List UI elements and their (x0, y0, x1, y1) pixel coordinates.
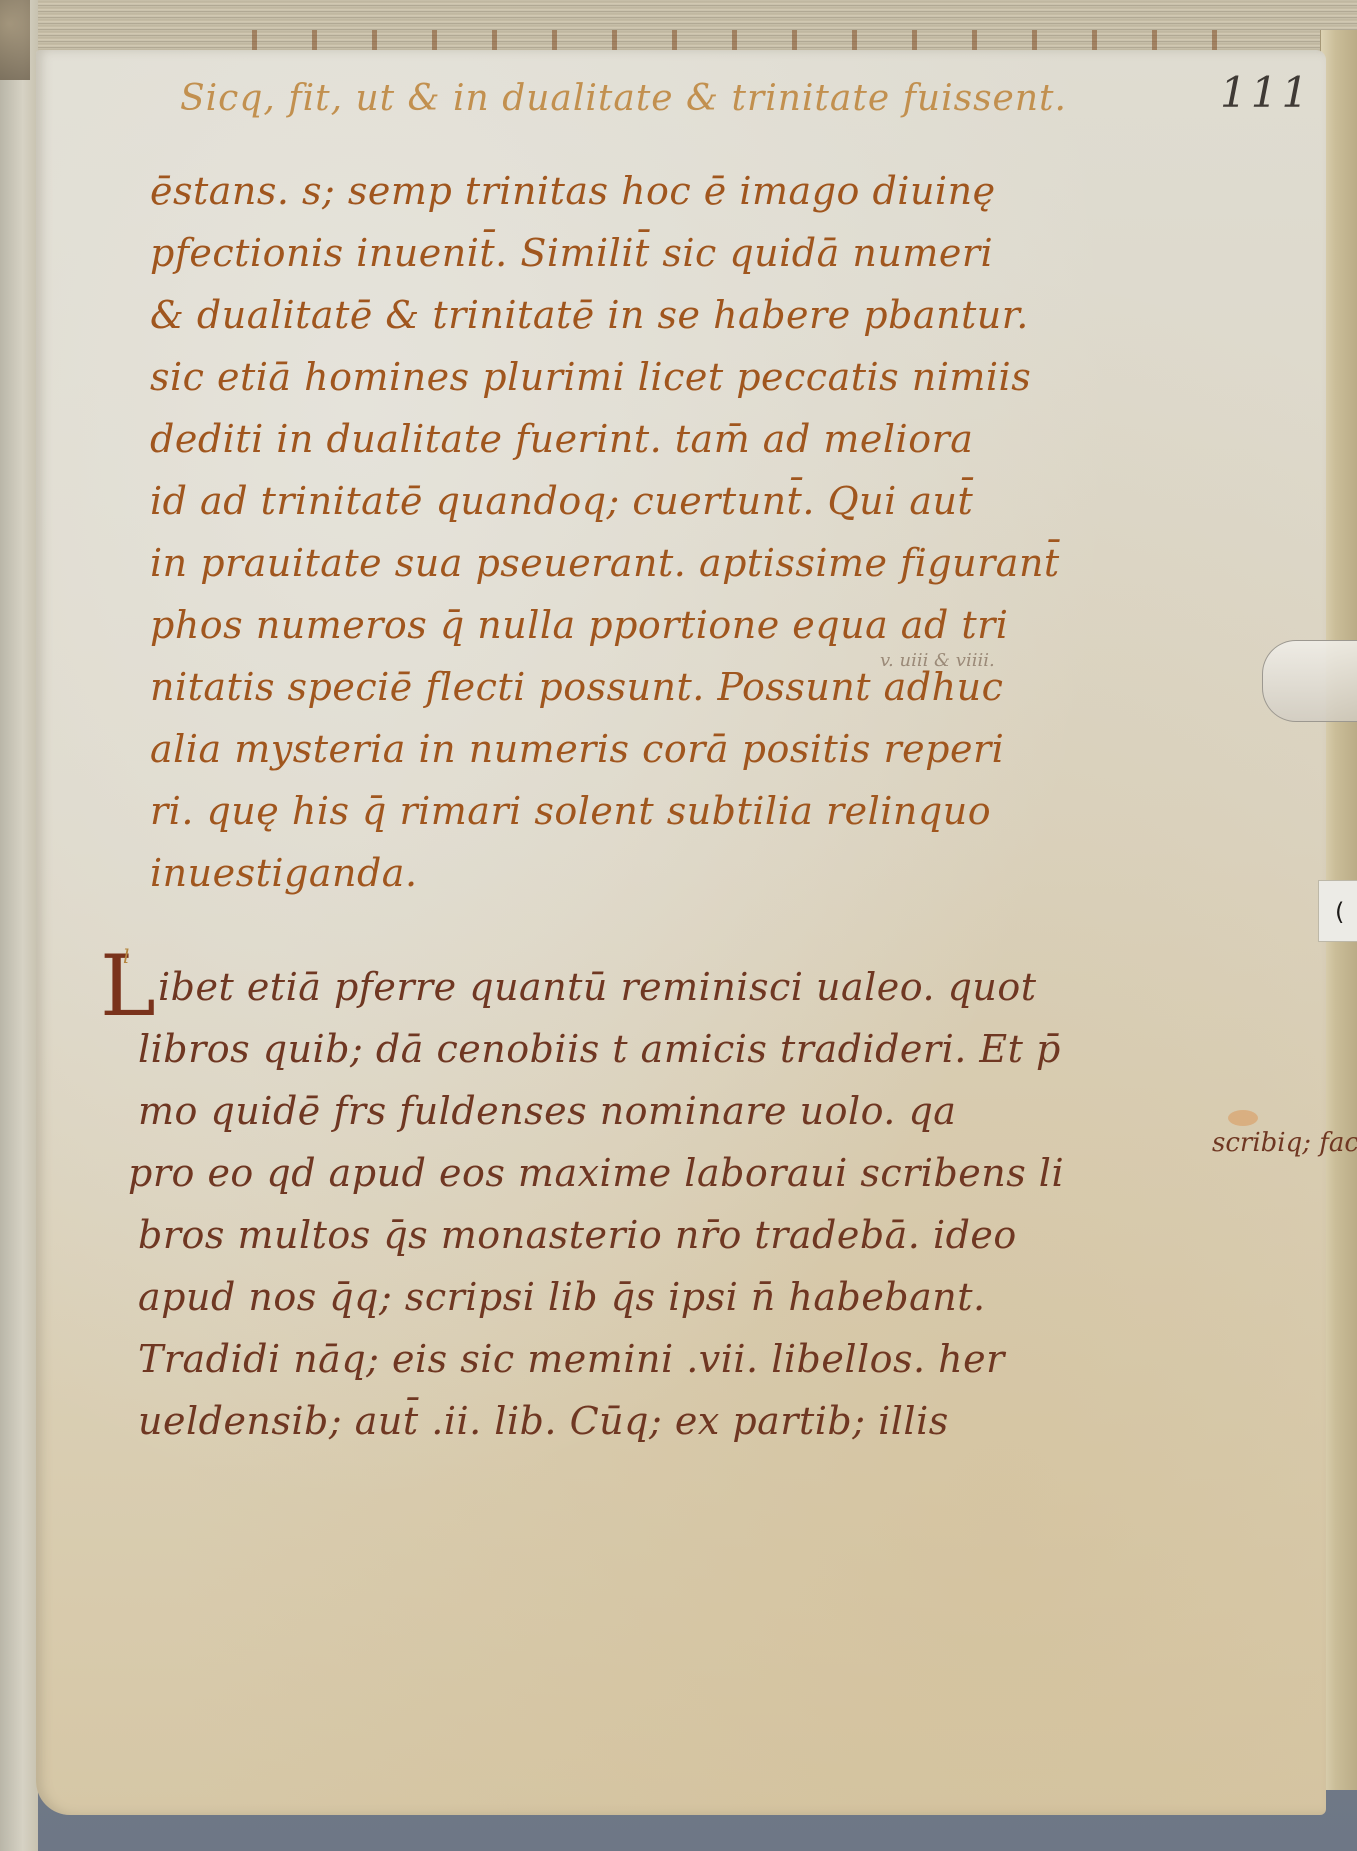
text-line: mo quidē frs fuldenses nominare uolo. qa (110, 1080, 1190, 1142)
text-line: Tradidi nāq; eis sic memini .vii. libell… (110, 1328, 1190, 1390)
text-line: ueldensib; aut̄ .ii. lib. Cūq; ex partib… (110, 1390, 1190, 1452)
text-line: nitatis speciē flecti possunt. Possunt a… (150, 656, 1190, 718)
shelf-label-mark: ( (1335, 898, 1344, 926)
running-header: Sicq, fit, ut & in dualitate & trinitate… (180, 78, 1067, 119)
text-line: in prauitate sua pseuerant. aptissime fi… (150, 532, 1190, 594)
margin-note: scribiq; faci (1212, 1128, 1357, 1158)
left-gutter-binding (0, 0, 38, 1851)
text-line: phos numeros q̄ nulla pportione equa ad … (150, 594, 1190, 656)
text-line: apud nos q̄q; scripsi lib q̄s ipsi n̄ ha… (110, 1266, 1190, 1328)
text-line: sic etiā homines plurimi licet peccatis … (150, 346, 1190, 408)
text-section-1: ēstans. s; semp trinitas hoc ē imago diu… (150, 160, 1190, 904)
text-line: bros multos q̄s monasterio nr̄o tradebā.… (110, 1204, 1190, 1266)
text-line: pfectionis inuenit̄. Similit̄ sic quidā … (150, 222, 1190, 284)
binding-thread-icon (0, 0, 30, 80)
text-line: ēstans. s; semp trinitas hoc ē imago diu… (150, 160, 1190, 222)
text-line: pro eo qd apud eos maxime laboraui scrib… (110, 1142, 1190, 1204)
text-line: libros quib; dā cenobiis t amicis tradid… (110, 1018, 1190, 1080)
text-line: ri. quę his q̄ rimari solent subtilia re… (150, 780, 1190, 842)
text-line: inuestiganda. (150, 842, 1190, 904)
text-line: & dualitatē & trinitatē in se habere pba… (150, 284, 1190, 346)
interlinear-gloss: v. uiii & viiii. (880, 650, 995, 671)
text-line: alia mysteria in numeris corā positis re… (150, 718, 1190, 780)
folio-number: 111 (1220, 68, 1312, 117)
text-line: ibet etiā pferre quantū reminisci ualeo.… (110, 956, 1190, 1018)
ink-stain (1228, 1110, 1258, 1126)
page-clip-tab (1262, 640, 1357, 722)
text-section-2: ibet etiā pferre quantū reminisci ualeo.… (110, 956, 1190, 1452)
text-line: dediti in dualitate fuerint. tam̄ ad mel… (150, 408, 1190, 470)
text-line: id ad trinitatē quandoq; cuertunt̄. Qui … (150, 470, 1190, 532)
